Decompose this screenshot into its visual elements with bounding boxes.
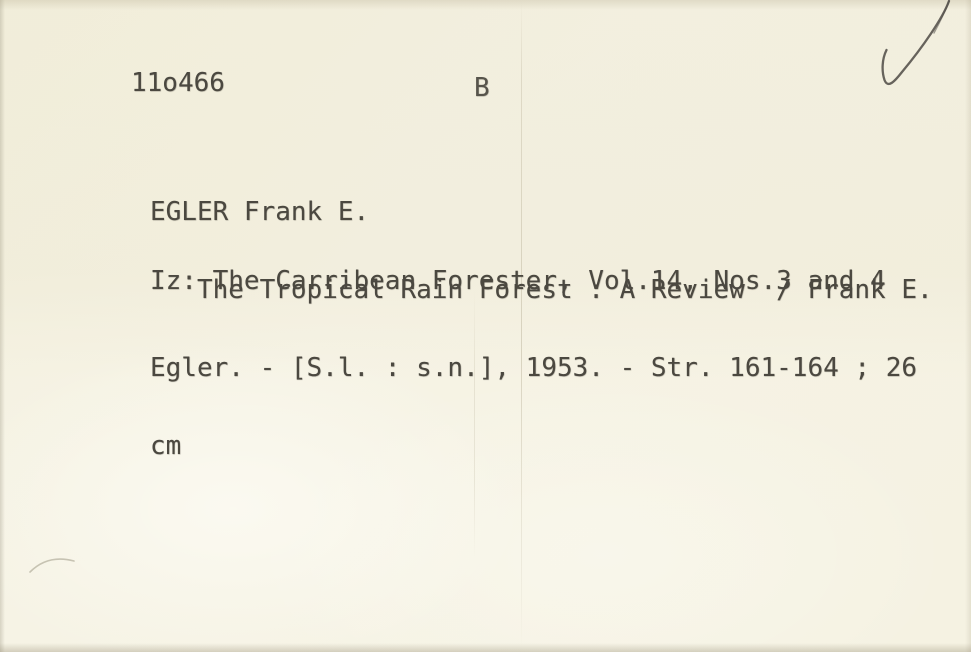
call-number: 11o466 (131, 70, 225, 96)
section-letter: B (474, 75, 490, 101)
extent-line: cm (150, 433, 933, 459)
imprint-line: Egler. - [S.l. : s.n.], 1953. - Str. 161… (150, 355, 933, 381)
main-entry-block: EGLER Frank E. The Tropical Rain Forest … (150, 147, 933, 511)
source-note: Iz: The Carribean Forester, Vol.14, Nos.… (150, 268, 886, 294)
pencil-smudge-mark (18, 548, 88, 578)
author-heading: EGLER Frank E. (150, 199, 933, 225)
catalog-card: 11o466 B EGLER Frank E. The Tropical Rai… (0, 0, 971, 652)
handwritten-checkmark-icon (850, 0, 971, 110)
